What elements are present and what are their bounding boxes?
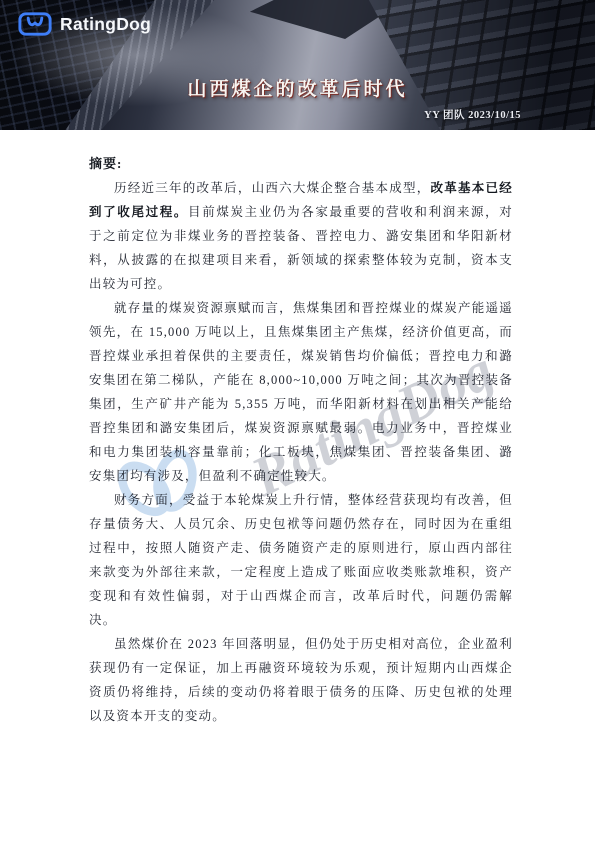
brand-name: RatingDog [60, 14, 151, 35]
paragraph: 历经近三年的改革后，山西六大煤企整合基本成型，改革基本已经到了收尾过程。目前煤炭… [89, 176, 513, 296]
report-page: RatingDog 山西煤企的改革后时代 YY 团队 2023/10/15 Ra… [0, 0, 595, 842]
header-banner: RatingDog 山西煤企的改革后时代 YY 团队 2023/10/15 [0, 0, 595, 130]
abstract-paragraphs: 历经近三年的改革后，山西六大煤企整合基本成型，改革基本已经到了收尾过程。目前煤炭… [89, 176, 513, 728]
brand: RatingDog [18, 11, 151, 37]
team-date-byline: YY 团队 2023/10/15 [424, 107, 521, 122]
abstract-section: 摘要: 历经近三年的改革后，山西六大煤企整合基本成型，改革基本已经到了收尾过程。… [89, 152, 513, 728]
paragraph: 虽然煤价在 2023 年回落明显，但仍处于历史相对高位，企业盈利获现仍有一定保证… [89, 632, 513, 728]
report-title: 山西煤企的改革后时代 [0, 74, 595, 101]
abstract-label: 摘要: [89, 152, 513, 176]
paragraph: 就存量的煤炭资源禀赋而言，焦煤集团和晋控煤业的煤炭产能遥遥领先，在 15,000… [89, 296, 513, 488]
paragraph: 财务方面，受益于本轮煤炭上升行情，整体经营获现均有改善，但存量债务大、人员冗余、… [89, 488, 513, 632]
ratingdog-logo-icon [18, 11, 52, 37]
